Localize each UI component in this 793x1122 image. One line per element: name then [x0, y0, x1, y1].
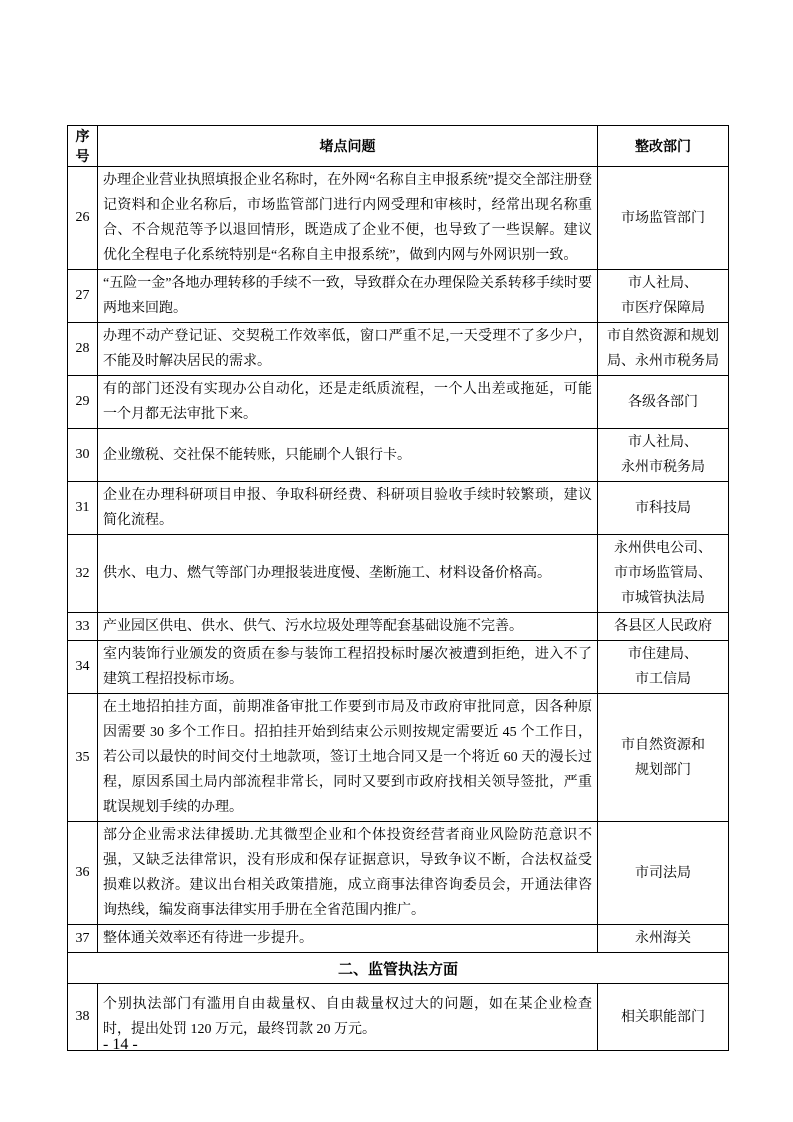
department-text: 各级各部门: [598, 376, 729, 429]
row-number: 29: [68, 376, 98, 429]
table-row: 26 办理企业营业执照填报企业名称时，在外网“名称自主申报系统”提交全部注册登记…: [68, 167, 729, 270]
section-header-row: 二、监管执法方面: [68, 953, 729, 984]
problem-text: 企业在办理科研项目申报、争取科研经费、科研项目验收手续时较繁琐，建议简化流程。: [98, 482, 598, 535]
section-title: 二、监管执法方面: [68, 953, 729, 984]
table-row: 33 产业园区供电、供水、供气、污水垃圾处理等配套基础设施不完善。 各县区人民政…: [68, 613, 729, 641]
problem-text: 个别执法部门有滥用自由裁量权、自由裁量权过大的问题，如在某企业检查时，提出处罚 …: [98, 984, 598, 1051]
row-number: 28: [68, 323, 98, 376]
problem-text: 有的部门还没有实现办公自动化，还是走纸质流程，一个人出差或拖延，可能一个月都无法…: [98, 376, 598, 429]
row-number: 34: [68, 641, 98, 694]
row-number: 27: [68, 270, 98, 323]
problem-text: 办理企业营业执照填报企业名称时，在外网“名称自主申报系统”提交全部注册登记资料和…: [98, 167, 598, 270]
problem-text: 办理不动产登记证、交契税工作效率低，窗口严重不足,一天受理不了多少户，不能及时解…: [98, 323, 598, 376]
department-text: 市场监管部门: [598, 167, 729, 270]
problem-text: 在土地招拍挂方面，前期准备审批工作要到市局及市政府审批同意，因各种原因需要 30…: [98, 694, 598, 822]
problem-text: 企业缴税、交社保不能转账，只能刷个人银行卡。: [98, 429, 598, 482]
row-number: 30: [68, 429, 98, 482]
table-row: 37 整体通关效率还有待进一步提升。 永州海关: [68, 925, 729, 953]
department-text: 各县区人民政府: [598, 613, 729, 641]
department-text: 市人社局、 市医疗保障局: [598, 270, 729, 323]
row-number: 37: [68, 925, 98, 953]
header-serial-number: 序号: [68, 126, 98, 167]
problem-text: 室内装饰行业颁发的资质在参与装饰工程招投标时屡次被遭到拒绝，进入不了建筑工程招投…: [98, 641, 598, 694]
table-row: 28 办理不动产登记证、交契税工作效率低，窗口严重不足,一天受理不了多少户，不能…: [68, 323, 729, 376]
row-number: 38: [68, 984, 98, 1051]
row-number: 31: [68, 482, 98, 535]
department-text: 市科技局: [598, 482, 729, 535]
document-page: 序号 堵点问题 整改部门 26 办理企业营业执照填报企业名称时，在外网“名称自主…: [0, 0, 793, 1122]
table-row: 27 “五险一金”各地办理转移的手续不一致，导致群众在办理保险关系转移手续时要两…: [68, 270, 729, 323]
problem-text: 产业园区供电、供水、供气、污水垃圾处理等配套基础设施不完善。: [98, 613, 598, 641]
department-text: 市自然资源和规划 局、永州市税务局: [598, 323, 729, 376]
table-row: 36 部分企业需求法律援助.尤其微型企业和个体投资经营者商业风险防范意识不强，又…: [68, 822, 729, 925]
department-text: 市住建局、 市工信局: [598, 641, 729, 694]
department-text: 市人社局、 永州市税务局: [598, 429, 729, 482]
row-number: 35: [68, 694, 98, 822]
department-text: 永州供电公司、 市市场监管局、 市城管执法局: [598, 535, 729, 613]
problem-text: 供水、电力、燃气等部门办理报装进度慢、垄断施工、材料设备价格高。: [98, 535, 598, 613]
table-row: 38 个别执法部门有滥用自由裁量权、自由裁量权过大的问题，如在某企业检查时，提出…: [68, 984, 729, 1051]
problem-text: 整体通关效率还有待进一步提升。: [98, 925, 598, 953]
problem-text: “五险一金”各地办理转移的手续不一致，导致群众在办理保险关系转移手续时要两地来回…: [98, 270, 598, 323]
department-text: 永州海关: [598, 925, 729, 953]
table-row: 29 有的部门还没有实现办公自动化，还是走纸质流程，一个人出差或拖延，可能一个月…: [68, 376, 729, 429]
problems-table: 序号 堵点问题 整改部门 26 办理企业营业执照填报企业名称时，在外网“名称自主…: [67, 125, 729, 1051]
table-row: 34 室内装饰行业颁发的资质在参与装饰工程招投标时屡次被遭到拒绝，进入不了建筑工…: [68, 641, 729, 694]
page-number: - 14 -: [103, 1036, 138, 1054]
problem-text: 部分企业需求法律援助.尤其微型企业和个体投资经营者商业风险防范意识不强，又缺乏法…: [98, 822, 598, 925]
row-number: 32: [68, 535, 98, 613]
table-header-row: 序号 堵点问题 整改部门: [68, 126, 729, 167]
department-text: 相关职能部门: [598, 984, 729, 1051]
table-row: 35 在土地招拍挂方面，前期准备审批工作要到市局及市政府审批同意，因各种原因需要…: [68, 694, 729, 822]
table-row: 32 供水、电力、燃气等部门办理报装进度慢、垄断施工、材料设备价格高。 永州供电…: [68, 535, 729, 613]
header-problem: 堵点问题: [98, 126, 598, 167]
row-number: 33: [68, 613, 98, 641]
table-row: 30 企业缴税、交社保不能转账，只能刷个人银行卡。 市人社局、 永州市税务局: [68, 429, 729, 482]
row-number: 26: [68, 167, 98, 270]
department-text: 市司法局: [598, 822, 729, 925]
table-row: 31 企业在办理科研项目申报、争取科研经费、科研项目验收手续时较繁琐，建议简化流…: [68, 482, 729, 535]
department-text: 市自然资源和 规划部门: [598, 694, 729, 822]
row-number: 36: [68, 822, 98, 925]
header-department: 整改部门: [598, 126, 729, 167]
